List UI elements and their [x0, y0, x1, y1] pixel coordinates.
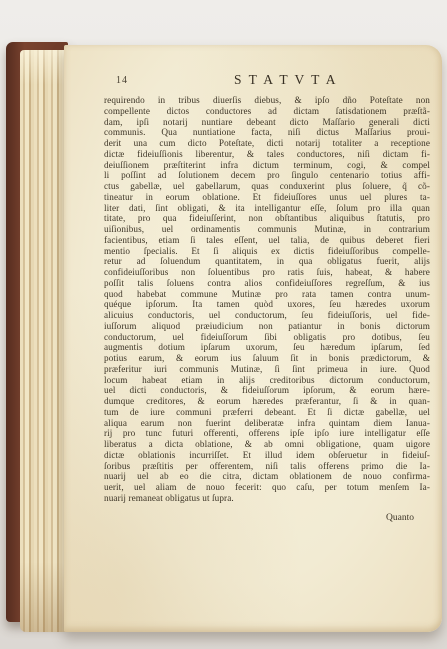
text-line: dam, ipſi notarij nuntiare debeant dicto… — [104, 117, 430, 128]
text-line: quéque ipſorum. Ita tamen quòd uxores, ſ… — [104, 299, 430, 310]
text-line: nuarij remaneat obligatus ut ſupra. — [104, 493, 430, 504]
text-line: titate, pro qua fideiuſſerint, non obſta… — [104, 213, 430, 224]
text-line: dictæ oblationis incurriſſet. Et illud i… — [104, 450, 430, 461]
text-line: confideiuſſoribus non ſoluentibus pro ra… — [104, 267, 430, 278]
text-line: ſoribus præſtitis per offerentem, niſi t… — [104, 461, 430, 472]
text-line: deiuſſionem præſtiterint infra dictum te… — [104, 160, 430, 171]
page-number: 14 — [116, 75, 128, 86]
body-text-block: requirendo in tribus diuerſis diebus, & … — [104, 95, 430, 504]
text-line: poſſit talis ſoluens contra alios confid… — [104, 278, 430, 289]
text-line: quod habebat commune Mutinæ pro rata tam… — [104, 289, 430, 300]
text-line: requirendo in tribus diuerſis diebus, & … — [104, 95, 430, 106]
text-line: liter dati, ſint obligati, & ita intelli… — [104, 203, 430, 214]
text-line: potius earum, & eorum ius ſaluum ſit in … — [104, 353, 430, 364]
text-line: nuarij uel ab eo die citra, dictam oblat… — [104, 471, 430, 482]
text-line: li poſſint ad ſolutionem decem pro ſingu… — [104, 170, 430, 181]
text-line: locum habeat etiam in alijs creditoribus… — [104, 375, 430, 386]
text-line: uerit, uel aliam de nouo fecerit: quo ca… — [104, 482, 430, 493]
text-line: tum de iure communi præferri debeant. Et… — [104, 407, 430, 418]
book-page: 14 S T A T V T A requirendo in tribus di… — [64, 45, 442, 632]
text-line: communis. Qua nuntiatione facta, niſi di… — [104, 127, 430, 138]
text-line: dictæ fideiuſſionis liberentur, & tales … — [104, 149, 430, 160]
text-line: facientibus, etiam ſi tales eſſent, uel … — [104, 235, 430, 246]
text-line: iuſſorum aliquod præiudicium non patiant… — [104, 321, 430, 332]
text-line: derit una cum dicto Poteſtate, dicti not… — [104, 138, 430, 149]
text-line: alicuius conductoris, uel conductorum, ſ… — [104, 310, 430, 321]
text-line: uiſionibus, uel ordinamentis communis Mu… — [104, 224, 430, 235]
text-line: præferitur iuri communis Mutinæ, ſi ſint… — [104, 364, 430, 375]
text-line: uel dicti conductoris, & fideiuſſorum ip… — [104, 385, 430, 396]
text-line: augmentis dotium ipſarum uxorum, ſeu hær… — [104, 342, 430, 353]
photo-background: 14 S T A T V T A requirendo in tribus di… — [0, 0, 447, 649]
text-line: dumque creditores, & eorum hæredes præfe… — [104, 396, 430, 407]
text-line: mentio ſpecialis. Et ſi aliquis ex dicti… — [104, 246, 430, 257]
text-line: rij pro tunc futuri offerenti, offerens … — [104, 428, 430, 439]
text-line: tineatur in eorum oblatione. Et fideiuſſ… — [104, 192, 430, 203]
catchword: Quanto — [386, 513, 414, 523]
text-line: conductorum, uel fideiuſſorum ſibi oblig… — [104, 332, 430, 343]
text-line: aliqua earum non fuerint deliberatæ infr… — [104, 418, 430, 429]
text-line: retur ad ſoluendum quantitatem, in qua o… — [104, 256, 430, 267]
text-line: ctus gabellæ, uel gabellarum, quas condu… — [104, 181, 430, 192]
running-title: S T A T V T A — [234, 72, 338, 88]
text-line: compellente dictos conductores ad dictam… — [104, 106, 430, 117]
text-line: liberatus a dicta oblatione, & ab omni o… — [104, 439, 430, 450]
